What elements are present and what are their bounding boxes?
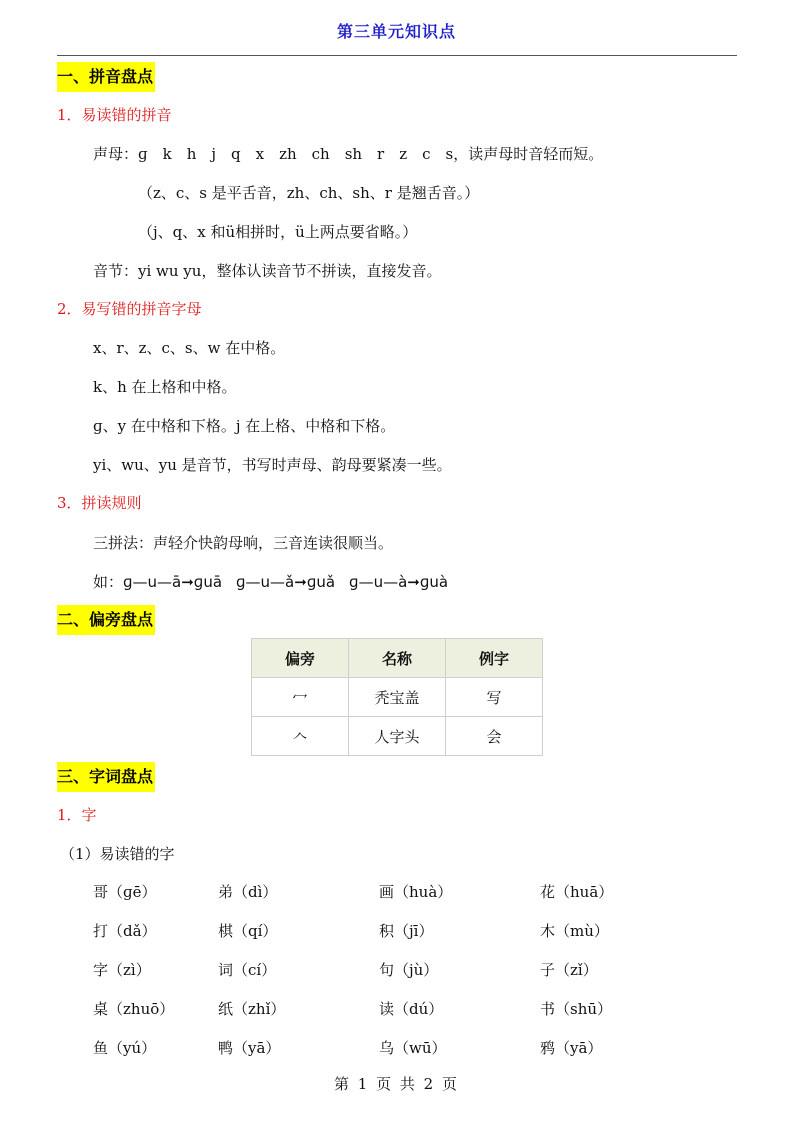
- table-cell: 会: [446, 717, 543, 756]
- vocab-item: 画（huà）: [379, 882, 452, 902]
- column-header: 例字: [446, 639, 543, 678]
- vocab-item: 鸭（yā）: [218, 1038, 280, 1058]
- vocab-item: 子（zǐ）: [540, 960, 598, 980]
- text-line: ɡ、y 在中格和下格。j 在上格、中格和下格。: [93, 416, 395, 436]
- text-line: 三拼法：声轻介快韵母响，三音连读很顺当。: [93, 533, 393, 553]
- example-item: ɡ—u—ā➞ɡuā: [123, 573, 222, 591]
- column-header: 名称: [349, 639, 446, 678]
- table-row: 冖 秃宝盖 写: [252, 678, 543, 717]
- vocab-item: 木（mù）: [540, 921, 609, 941]
- vocab-item: 棋（qí）: [218, 921, 277, 941]
- subheading-miswritten-letters: 2．易写错的拼音字母: [57, 299, 202, 319]
- vocab-item: 打（dǎ）: [93, 921, 157, 941]
- text-line: 音节：yi wu yu，整体认读音节不拼读，直接发音。: [93, 261, 441, 281]
- vocab-item: 书（shū）: [540, 999, 612, 1019]
- vocab-item: 哥（ɡē）: [93, 882, 156, 902]
- vocab-item: 纸（zhǐ）: [218, 999, 285, 1019]
- text-line: （j、q、x 和ü相拼时，ü上两点要省略。）: [138, 222, 417, 242]
- column-header: 偏旁: [252, 639, 349, 678]
- vocab-item: 鱼（yú）: [93, 1038, 156, 1058]
- radicals-table: 偏旁 名称 例字 冖 秃宝盖 写 𠆢 人字头 会: [251, 638, 543, 756]
- text-line: x、r、z、c、s、w 在中格。: [93, 338, 285, 358]
- text-line: yi、wu、yu 是音节，书写时声母、韵母要紧凑一些。: [93, 455, 452, 475]
- page-footer: 第 1 页 共 2 页: [0, 1073, 793, 1094]
- text-line: 声母：ɡ k h j q x zh ch sh r z c s，读声母时音轻而短…: [93, 144, 603, 164]
- table-row: 𠆢 人字头 会: [252, 717, 543, 756]
- example-item: ɡ—u—ǎ➞ɡuǎ: [236, 573, 335, 591]
- vocab-item: 积（jī）: [379, 921, 433, 941]
- group-heading-misread-characters: （1）易读错的字: [60, 844, 175, 864]
- text-line: （z、c、s 是平舌音，zh、ch、sh、r 是翘舌音。）: [138, 183, 479, 203]
- vocab-item: 鸦（yā）: [540, 1038, 602, 1058]
- example-line: 如：ɡ—u—ā➞ɡuāɡ—u—ǎ➞ɡuǎɡ—u—à➞ɡuà: [93, 572, 448, 592]
- vocab-item: 弟（dì）: [218, 882, 277, 902]
- vocab-item: 读（dú）: [379, 999, 443, 1019]
- header-divider: [57, 55, 737, 56]
- table-cell: 秃宝盖: [349, 678, 446, 717]
- section-heading-radicals: 二、偏旁盘点: [57, 605, 155, 635]
- vocab-item: 花（huā）: [540, 882, 613, 902]
- table-cell: 冖: [252, 678, 349, 717]
- section-heading-pinyin: 一、拼音盘点: [57, 62, 155, 92]
- vocab-item: 桌（zhuō）: [93, 999, 174, 1019]
- text-line: k、h 在上格和中格。: [93, 377, 237, 397]
- vocab-item: 乌（wū）: [379, 1038, 447, 1058]
- subheading-spelling-rules: 3．拼读规则: [57, 493, 142, 513]
- section-heading-words: 三、字词盘点: [57, 762, 155, 792]
- subheading-misread-pinyin: 1．易读错的拼音: [57, 105, 172, 125]
- subheading-characters: 1．字: [57, 805, 97, 825]
- vocab-item: 字（zì）: [93, 960, 151, 980]
- table-cell: 人字头: [349, 717, 446, 756]
- table-header-row: 偏旁 名称 例字: [252, 639, 543, 678]
- vocab-item: 词（cí）: [218, 960, 276, 980]
- table-cell: 写: [446, 678, 543, 717]
- example-item: ɡ—u—à➞ɡuà: [349, 573, 448, 591]
- document-title: 第三单元知识点: [0, 19, 793, 42]
- example-label: 如：: [93, 573, 123, 591]
- vocab-item: 句（jù）: [379, 960, 438, 980]
- table-cell: 𠆢: [252, 717, 349, 756]
